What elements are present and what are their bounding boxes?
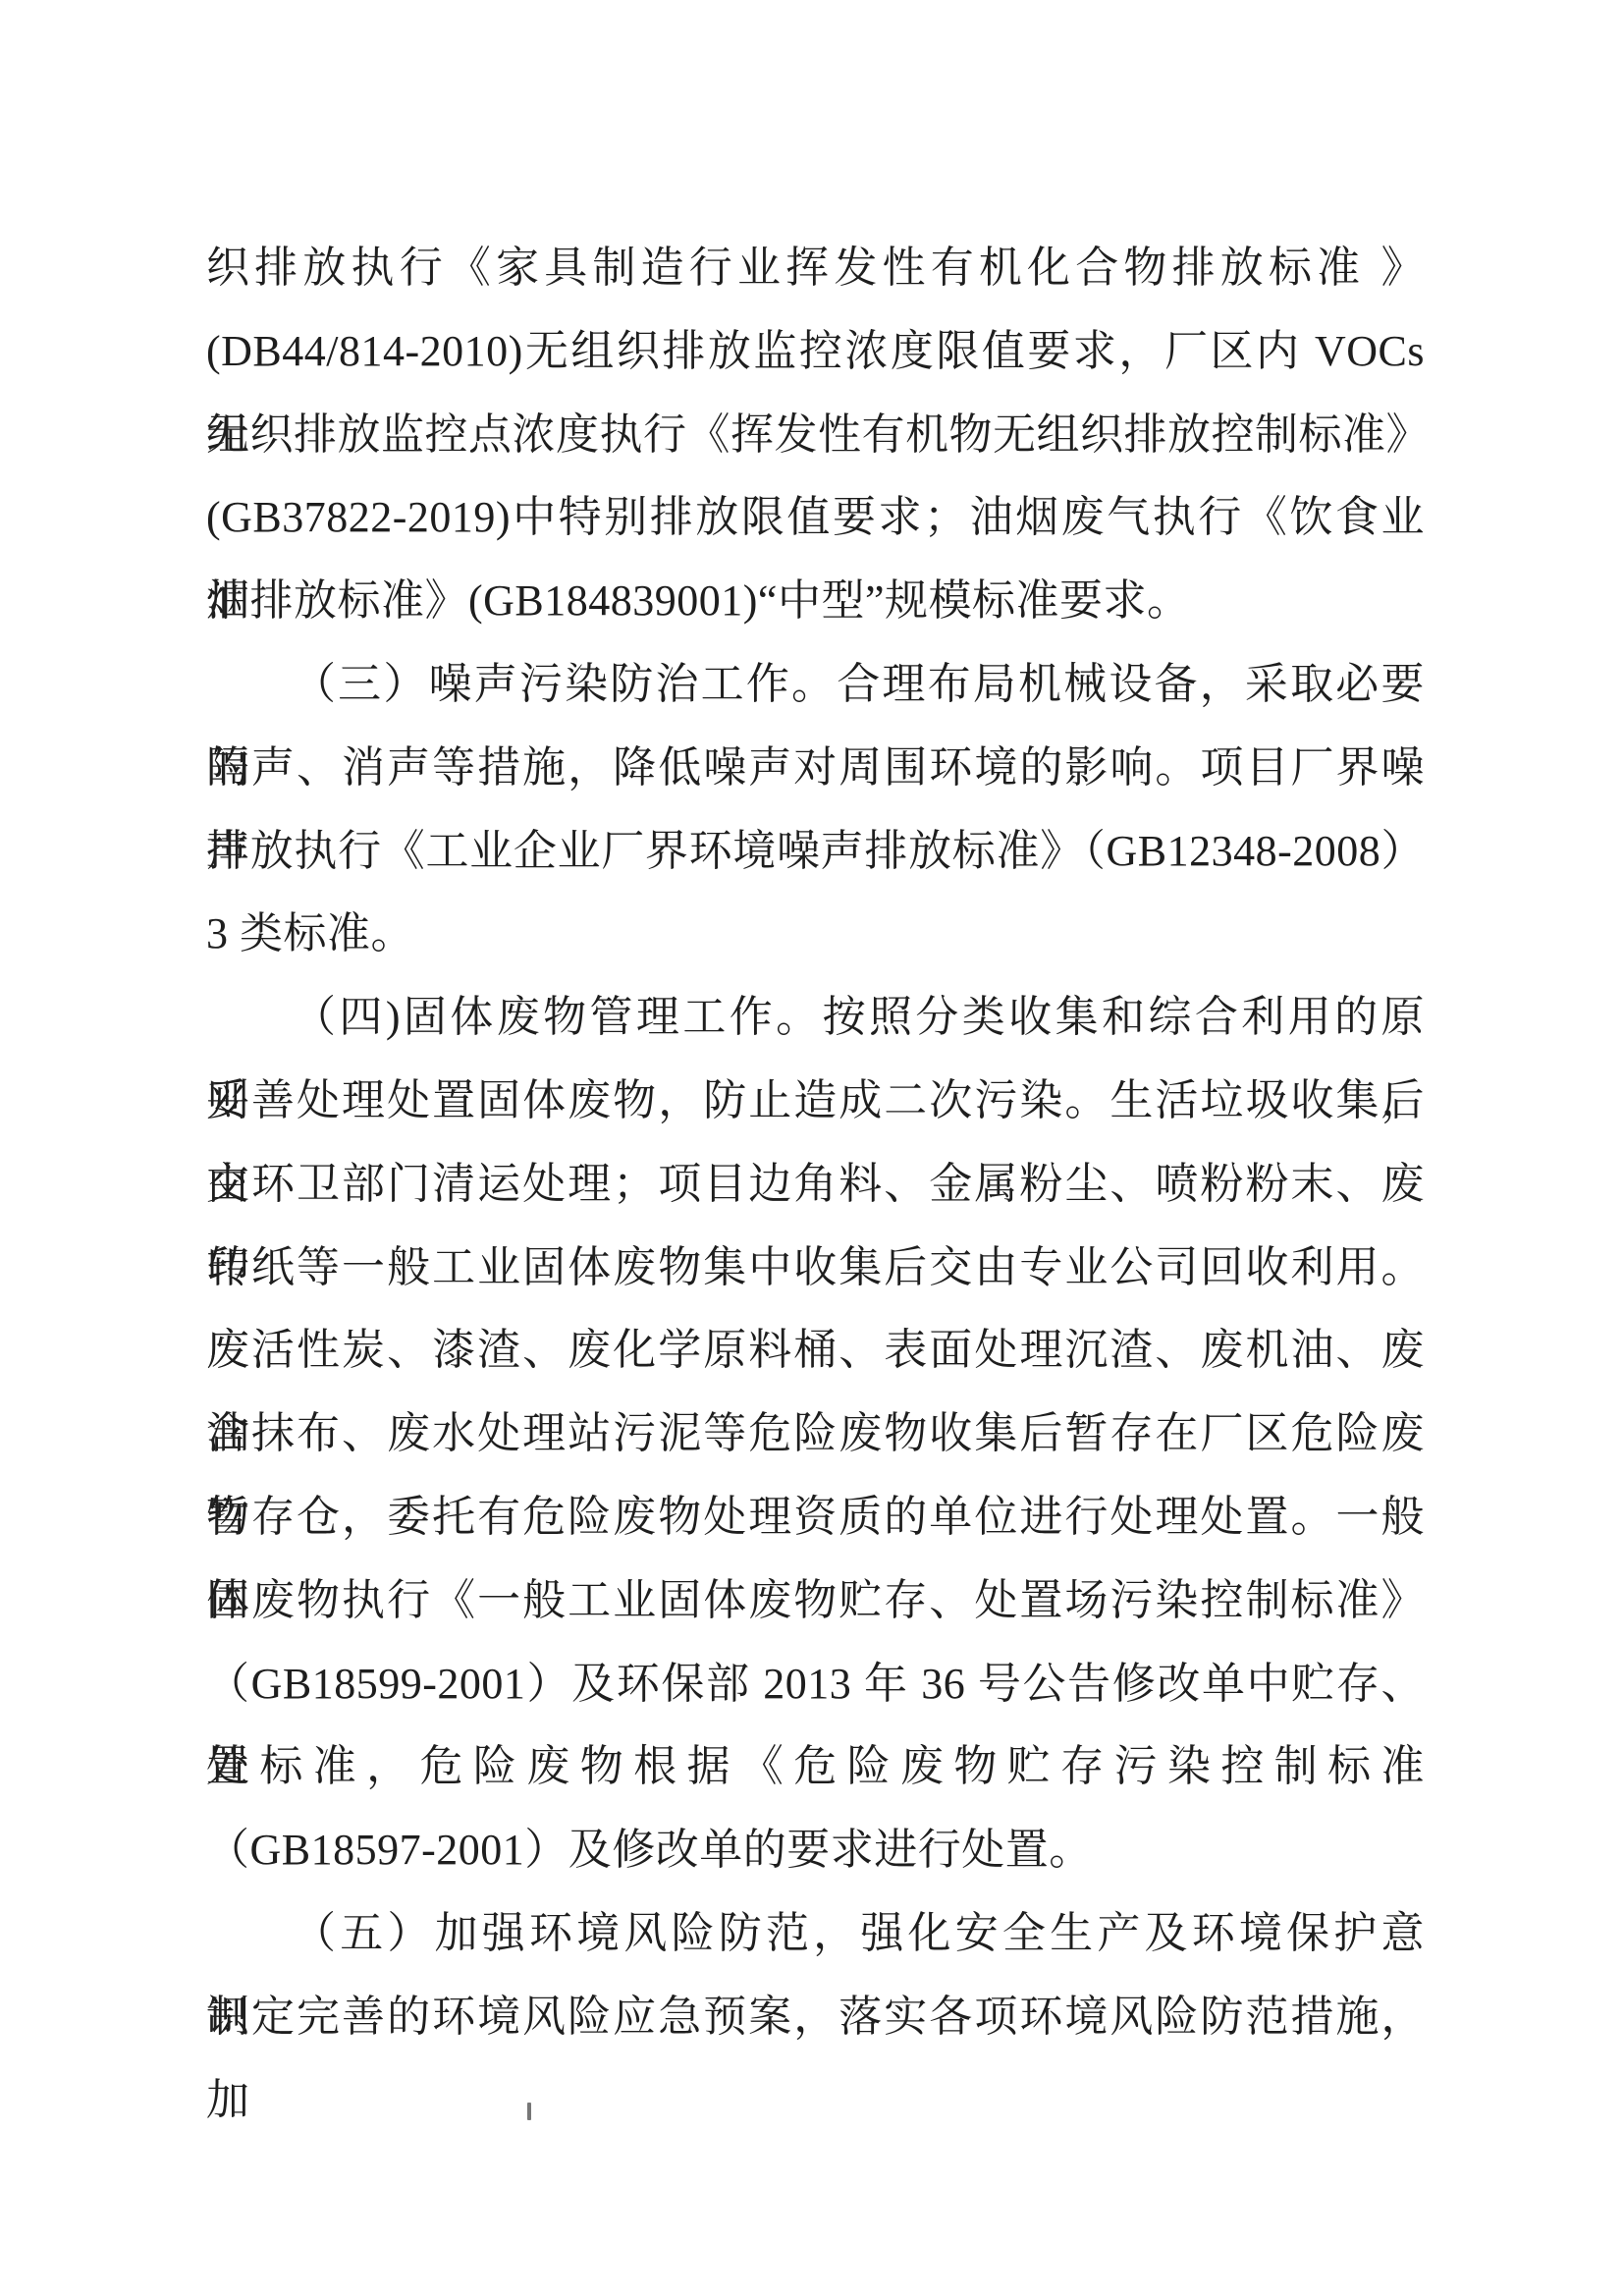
text-line: （三）噪声污染防治工作。合理布局机械设备，采取必要的 <box>206 643 1425 727</box>
document-body: 织排放执行《家具制造行业挥发性有机化合物排放标准 》(DB44/814-2010… <box>206 227 1425 2059</box>
document-page: 织排放执行《家具制造行业挥发性有机化合物排放标准 》(DB44/814-2010… <box>0 0 1623 2296</box>
text-line: （GB18599-2001）及环保部 2013 年 36 号公告修改单中贮存、处 <box>206 1643 1425 1726</box>
text-line: 置标准，危险废物根据《危险废物贮存污染控制标准 <box>206 1725 1425 1809</box>
scan-artifact-tick <box>527 2103 531 2120</box>
text-line: 隔声、消声等措施，降低噪声对周围环境的影响。项目厂界噪声 <box>206 727 1425 810</box>
text-line: 3 类标准。 <box>206 893 1425 976</box>
text-line: 体废物执行《一般工业固体废物贮存、处置场污染控制标准》 <box>206 1559 1425 1643</box>
text-line: (DB44/814-2010)无组织排放监控浓度限值要求，厂区内 VOCs 无 <box>206 310 1425 394</box>
text-line: 由环卫部门清运处理；项目边角料、金属粉尘、喷粉粉末、废转 <box>206 1143 1425 1227</box>
text-line: 暂存仓，委托有危险废物处理资质的单位进行处理处置。一般固 <box>206 1476 1425 1559</box>
text-line: （GB18597-2001）及修改单的要求进行处置。 <box>206 1809 1425 1892</box>
text-line: 烟排放标准》(GB184839001)“中型”规模标准要求。 <box>206 560 1425 643</box>
text-line: 印纸等一般工业固体废物集中收集后交由专业公司回收利用。废 <box>206 1227 1425 1310</box>
text-line: 组织排放监控点浓度执行《挥发性有机物无组织排放控制标准》 <box>206 394 1425 477</box>
text-line: （四)固体废物管理工作。按照分类收集和综合利用的原则， <box>206 976 1425 1060</box>
text-line: 废活性炭、漆渣、废化学原料桶、表面处理沉渣、废机油、废含 <box>206 1309 1425 1393</box>
text-line: (GB37822-2019)中特别排放限值要求；油烟废气执行《饮食业油 <box>206 476 1425 560</box>
text-line: 制定完善的环境风险应急预案，落实各项环境风险防范措施，加 <box>206 1976 1425 2059</box>
text-line: 妥善处理处置固体废物，防止造成二次污染。生活垃圾收集后交 <box>206 1060 1425 1143</box>
text-line: 排放执行《工业企业厂界环境噪声排放标准》（GB12348-2008） <box>206 810 1425 894</box>
text-line: 织排放执行《家具制造行业挥发性有机化合物排放标准 》 <box>206 227 1425 310</box>
text-line: （五）加强环境风险防范，强化安全生产及环境保护意识， <box>206 1892 1425 1976</box>
text-line: 油抹布、废水处理站污泥等危险废物收集后暂存在厂区危险废物 <box>206 1393 1425 1476</box>
